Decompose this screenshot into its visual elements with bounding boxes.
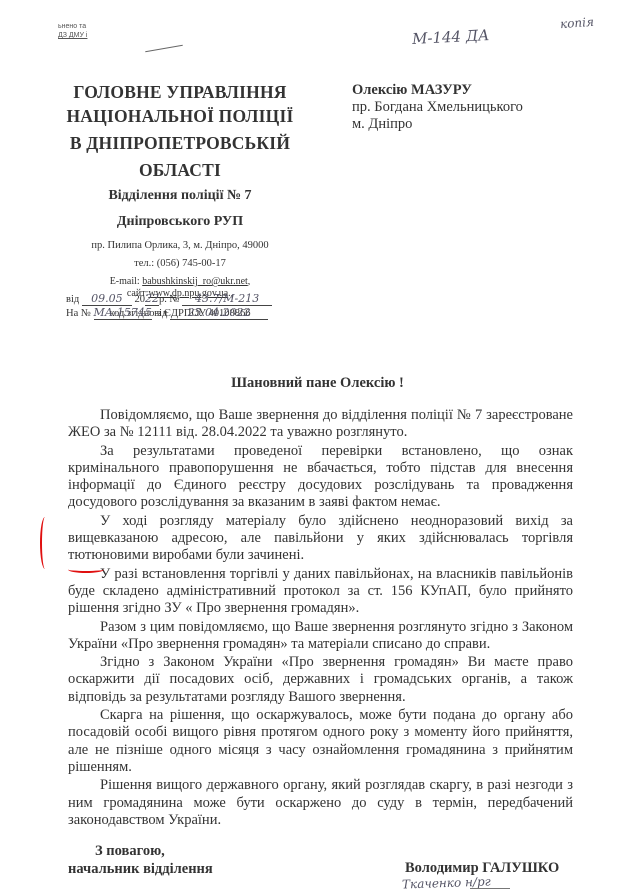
org-address: пр. Пилипа Орлика, 3, м. Дніпро, 49000 [50,239,310,252]
red-underline-annotation [68,566,104,573]
org-phone: тел.: (056) 745-00-17 [50,257,310,270]
org-email-row: E-mail: babushkinskij_ro@ukr.net, [50,276,310,288]
department-name: Відділення поліції № 7 [50,184,310,208]
handwritten-copy-note: копія [560,15,595,31]
outgoing-number-row: від 09.05 2022р. № 43.7/М-213 [66,292,272,306]
signer-title: начальник відділення [68,861,213,877]
paragraph: У разі встановлення торгівлі у даних пав… [68,566,573,618]
district-name: Дніпровського РУП [50,210,310,234]
letterhead: ГОЛОВНЕ УПРАВЛІННЯ НАЦІОНАЛЬНОЇ ПОЛІЦІЇ … [50,80,310,320]
handwritten-reference: М-144 ДА [412,26,490,48]
reply-from-label: від [154,308,167,319]
stamp-line-1: ьнено та [58,22,87,31]
from-label: від [66,294,79,305]
reply-date: 25.04.2022 [170,306,268,320]
org-name-line-4: ОБЛАСТІ [50,158,310,182]
reply-label: На № [66,308,91,319]
outgoing-year: 22 [145,292,159,306]
email-suffix: , [248,276,251,287]
recipient-block: Олексію МАЗУРУ пр. Богдана Хмельницького… [352,82,523,133]
org-name-line-1: ГОЛОВНЕ УПРАВЛІННЯ [50,80,310,104]
paragraph: Повідомляємо, що Ваше звернення до відді… [68,407,573,442]
org-name-line-2: НАЦІОНАЛЬНОЇ ПОЛІЦІЇ [50,104,310,128]
email-label: E-mail: [110,276,143,287]
paragraph: Згідно з Законом України «Про звернення … [68,654,573,706]
reply-number: МА-15745 [94,306,152,320]
closing-regards: З повагою, [68,843,213,861]
reply-number-row: На № МА-15745 від 25.04.2022 [66,306,272,320]
paragraph: За результатами проведеної перевірки вст… [68,443,573,512]
paragraph: У ході розгляду матеріалу було здійснено… [68,513,573,565]
outgoing-date: 09.05 [82,292,132,306]
incoming-stamp: ьнено та ДЗ ДМУ і [58,22,87,40]
org-name-line-3: В ДНІПРОПЕТРОВСЬКІЙ [50,131,310,155]
salutation: Шановний пане Олексію ! [0,375,635,392]
handwritten-stroke [145,45,183,53]
year-label: 20 [134,294,145,305]
number-label: р. № [159,294,180,305]
paragraph: Скарга на рішення, що оскаржувалось, мож… [68,707,573,776]
org-email-link[interactable]: babushkinskij_ro@ukr.net [142,276,248,287]
recipient-street: пр. Богдана Хмельницького [352,99,523,116]
signature-stroke [470,888,510,889]
registration-block: від 09.05 2022р. № 43.7/М-213 На № МА-15… [66,292,272,320]
recipient-city: м. Дніпро [352,116,523,133]
outgoing-number: 43.7/М-213 [182,292,272,306]
paragraph: Разом з цим повідомляємо, що Ваше зверне… [68,619,573,654]
closing-block: З повагою, начальник відділення [68,843,213,878]
stamp-line-2: ДЗ ДМУ і [58,31,87,40]
letter-body: Повідомляємо, що Ваше звернення до відді… [68,405,573,829]
paragraph: Рішення вищого державного органу, який р… [68,777,573,829]
recipient-name: Олексію МАЗУРУ [352,82,523,99]
red-bracket-annotation [40,517,50,569]
